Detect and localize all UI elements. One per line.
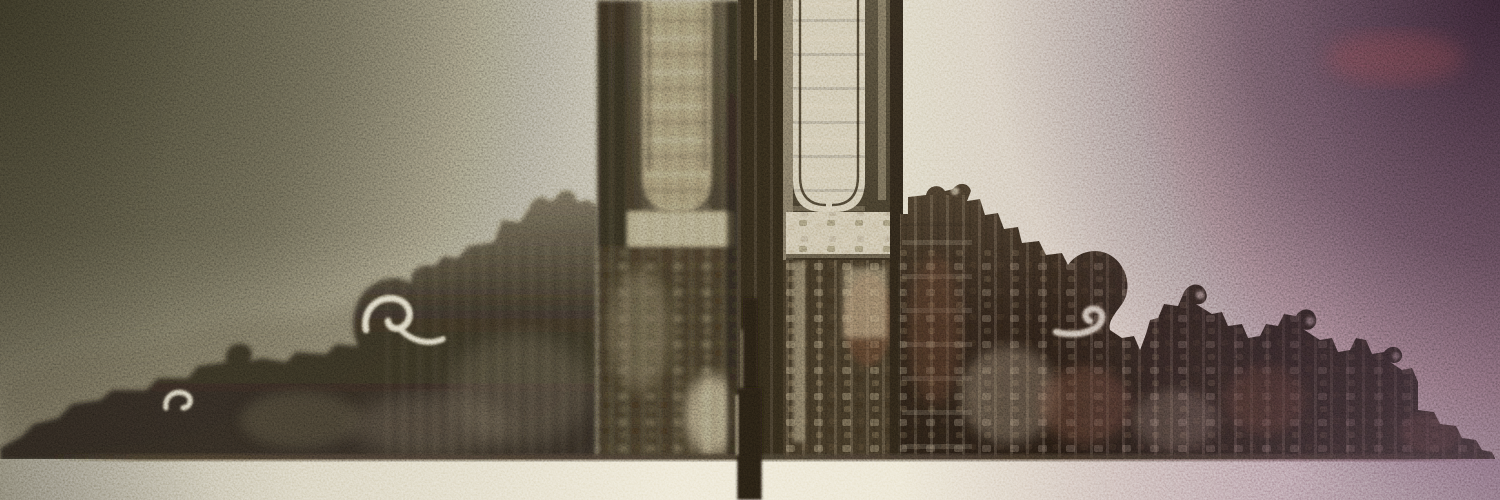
vignette (0, 0, 1500, 500)
banner-container: Grainy duotone art banner: a Balinese sp… (0, 0, 1500, 500)
temple-banner-image: Grainy duotone art banner: a Balinese sp… (0, 0, 1500, 500)
